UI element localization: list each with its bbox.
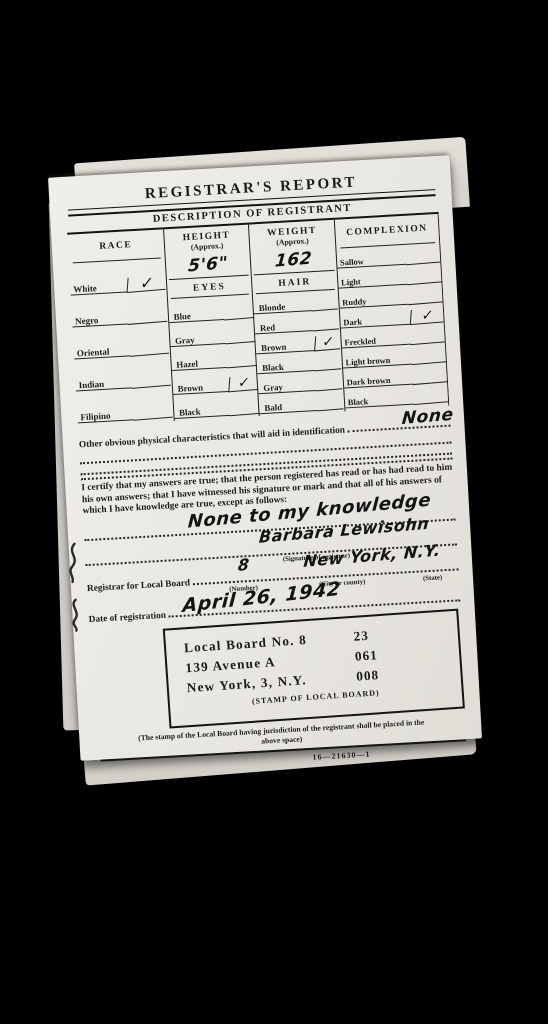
registrar-report-card: REGISTRAR'S REPORT DESCRIPTION OF REGIST…: [48, 155, 482, 761]
complexion-option-checkmark: [414, 401, 448, 405]
height-handwritten-value: 5'6": [187, 253, 228, 276]
eyes-option-row: Brown ✓: [172, 366, 258, 395]
hair-option-label: Bald: [259, 400, 318, 414]
eyes-option-label: Black: [174, 405, 229, 419]
race-option-row: White ✓: [69, 258, 166, 295]
race-option-row: Oriental: [72, 322, 169, 359]
state-caption: (State): [423, 574, 443, 582]
race-options: White ✓ Negro Oriental: [69, 258, 174, 426]
eyes-option-checkmark: ✓: [228, 375, 259, 393]
eyes-option-row: Hazel: [170, 342, 256, 371]
board-number-handwritten: 8: [237, 555, 250, 575]
race-option-checkmark: [134, 417, 173, 421]
race-column: RACE White ✓ Negro: [67, 229, 174, 426]
complexion-column: COMPLEXION Sallow Light: [335, 214, 450, 412]
stamp-row-code: 23: [353, 628, 369, 645]
scanned-document-background: REGISTRAR'S REPORT DESCRIPTION OF REGIST…: [0, 0, 548, 1024]
eyes-option-checkmark: [229, 413, 259, 416]
eyes-options: Blue Gray Hazel: [168, 294, 259, 421]
complexion-option-label: Black: [345, 395, 415, 409]
eyes-option-row: Black: [173, 390, 259, 419]
local-board-stamp-box: Local Board No. 8 23 139 Avenue A 061 Ne…: [163, 609, 465, 729]
description-table: RACE White ✓ Negro: [67, 214, 449, 426]
hair-option-row: Bald: [259, 390, 345, 415]
race-option-row: Indian: [74, 354, 171, 391]
complexion-option-row: Black: [344, 383, 448, 409]
stamp-row-code: 008: [356, 667, 380, 685]
eyes-option-row: Blue: [168, 294, 254, 323]
stamp-row-code: 061: [354, 647, 378, 665]
date-of-registration-label: Date of registration: [88, 611, 166, 625]
race-option-label: Filipino: [77, 409, 134, 423]
hair-option-checkmark: [318, 408, 344, 411]
weight-handwritten-value: 162: [274, 249, 313, 272]
race-option-row: Filipino: [76, 386, 173, 423]
eyes-option-row: Gray: [169, 318, 255, 347]
race-option-row: Negro: [71, 290, 168, 327]
weight-hair-column: WEIGHT (Approx.) 162 HAIR Blonde: [249, 220, 345, 416]
edge-handwriting-squiggle: [62, 541, 87, 632]
height-eyes-column: HEIGHT (Approx.) 5'6" EYES Blue: [164, 225, 260, 421]
complexion-option-checkmark: ✓: [410, 307, 445, 325]
complexion-options: Sallow Light Ruddy: [336, 243, 448, 412]
hair-option-checkmark: ✓: [315, 334, 343, 351]
hair-options: Blonde Red Brown ✓: [253, 290, 344, 417]
